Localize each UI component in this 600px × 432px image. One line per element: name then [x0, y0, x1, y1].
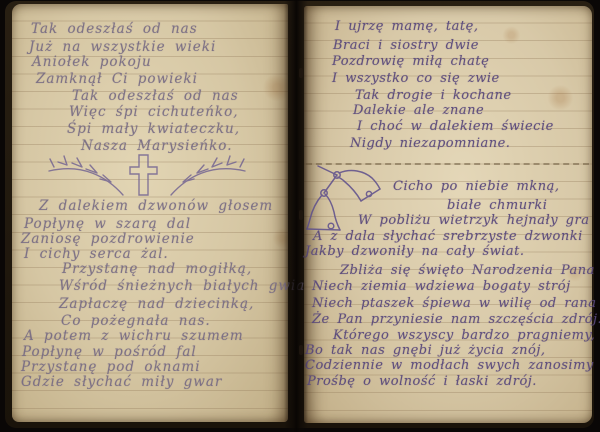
verse-line: I ujrzę mamę, tatę, [335, 19, 478, 34]
verse-line: Zamknął Ci powieki [36, 71, 198, 87]
verse-line: Co pożegnała nas. [61, 313, 211, 329]
verse-line: Dalekie ale znane [353, 103, 484, 118]
left-page: Tak odeszłaś od nas Już na wszystkie wie… [12, 4, 288, 422]
verse-line: Przystanę pod oknami [21, 359, 201, 375]
verse-line: I cichy serca żal. [24, 246, 169, 262]
verse-line: Braci i siostry dwie [333, 38, 479, 53]
binding-stitch [299, 210, 303, 220]
verse-line: Prośbę o wolność i łaski zdrój. [307, 374, 537, 389]
verse-line: Aniołek pokoju [32, 54, 152, 70]
binding-stitch [299, 68, 303, 78]
verse-line: Popłynę w szarą dal [24, 216, 191, 232]
verse-line: Śpi mały kwiateczku, [67, 121, 240, 137]
verse-line: Niech ziemia wdziewa bogaty strój [312, 279, 571, 294]
bell-icon [307, 190, 340, 230]
verse-line: Codziennie w modłach swych zanosimy [305, 358, 594, 373]
verse-line: Nigdy niezapomniane. [350, 136, 510, 151]
verse-line: Zapłaczę nad dziecinką, [59, 296, 254, 312]
verse-line: Popłynę w pośród fal [22, 344, 197, 360]
verse-line: A potem z wichru szumem [24, 328, 244, 344]
laurel-cross-decoration [47, 150, 247, 202]
verse-line: I wszystko co się zwie [332, 71, 500, 86]
verse-line: Cicho po niebie mkną, [393, 179, 560, 194]
right-page: I ujrzę mamę, tatę, Braci i siostry dwie… [304, 6, 592, 423]
verse-line: Tak odeszłaś od nas [72, 88, 239, 104]
notebook-photo: Tak odeszłaś od nas Już na wszystkie wie… [0, 0, 600, 432]
verse-line: I choć w dalekiem świecie [357, 119, 554, 134]
verse-line: Jakby dzwoniły na cały świat. [305, 244, 525, 259]
binding-fold [284, 0, 308, 432]
verse-line: Że Pan przyniesie nam szczęścia zdrój. [312, 312, 600, 327]
cross-icon [130, 155, 157, 195]
verse-line: Przystanę nad mogiłką, [62, 261, 252, 277]
verse-line: Już na wszystkie wieki [29, 39, 216, 55]
verse-line: Gdzie słychać miły gwar [21, 374, 222, 390]
verse-line: Bo tak nas gnębi już życia znój, [305, 343, 546, 358]
verse-line: Pozdrowię miłą chatę [332, 54, 489, 69]
bell-ribbon [318, 166, 337, 193]
binding-stitch [299, 345, 303, 355]
laurel-branch-left-icon [49, 156, 123, 195]
verse-line: Zbliża się święto Narodzenia Pana [340, 263, 595, 278]
verse-line: białe chmurki [447, 198, 547, 213]
verse-line: Zaniosę pozdrowienie [21, 231, 195, 247]
verse-line: A z dala słychać srebrzyste dzwonki [313, 229, 583, 244]
laurel-branch-right-icon [171, 156, 245, 195]
verse-line: Tak drogie i kochane [355, 88, 512, 103]
verse-line: Niech ptaszek śpiewa w wilię od rana [312, 296, 596, 311]
verse-line: Więc śpi cichuteńko, [69, 104, 239, 120]
verse-line: W pobliżu wietrzyk hejnały gra [358, 213, 589, 228]
bell-icon [334, 171, 380, 201]
verse-line: Tak odeszłaś od nas [31, 21, 198, 37]
verse-line: Z dalekiem dzwonów głosem [39, 198, 273, 214]
verse-line: Którego wszyscy bardzo pragniemy, [333, 328, 595, 343]
